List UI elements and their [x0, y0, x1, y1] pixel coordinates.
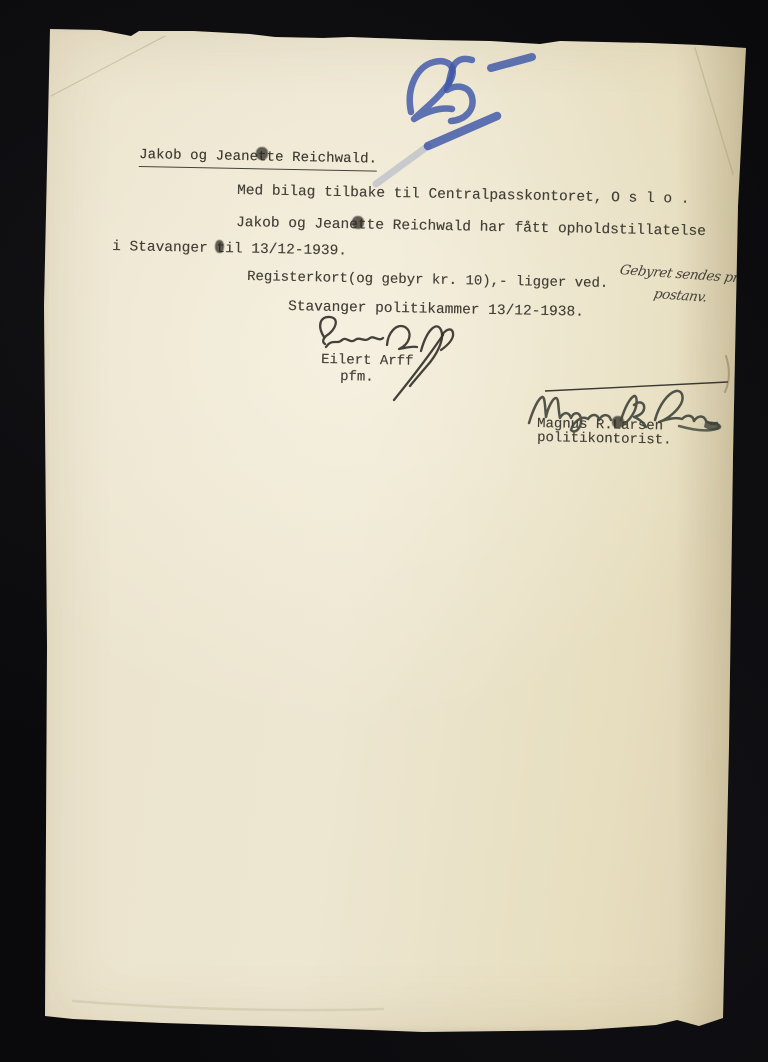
signature-eilert-arff [320, 317, 453, 400]
signature-magnus-larsen [529, 391, 721, 432]
handwriting-layer [43, 26, 746, 1032]
paper-creases [51, 36, 733, 1010]
handwritten-25-mark [376, 57, 532, 184]
signature-rule-line [545, 382, 728, 391]
document-page: Jakob og Jeanette Reichwald. Med bilag t… [43, 26, 746, 1032]
